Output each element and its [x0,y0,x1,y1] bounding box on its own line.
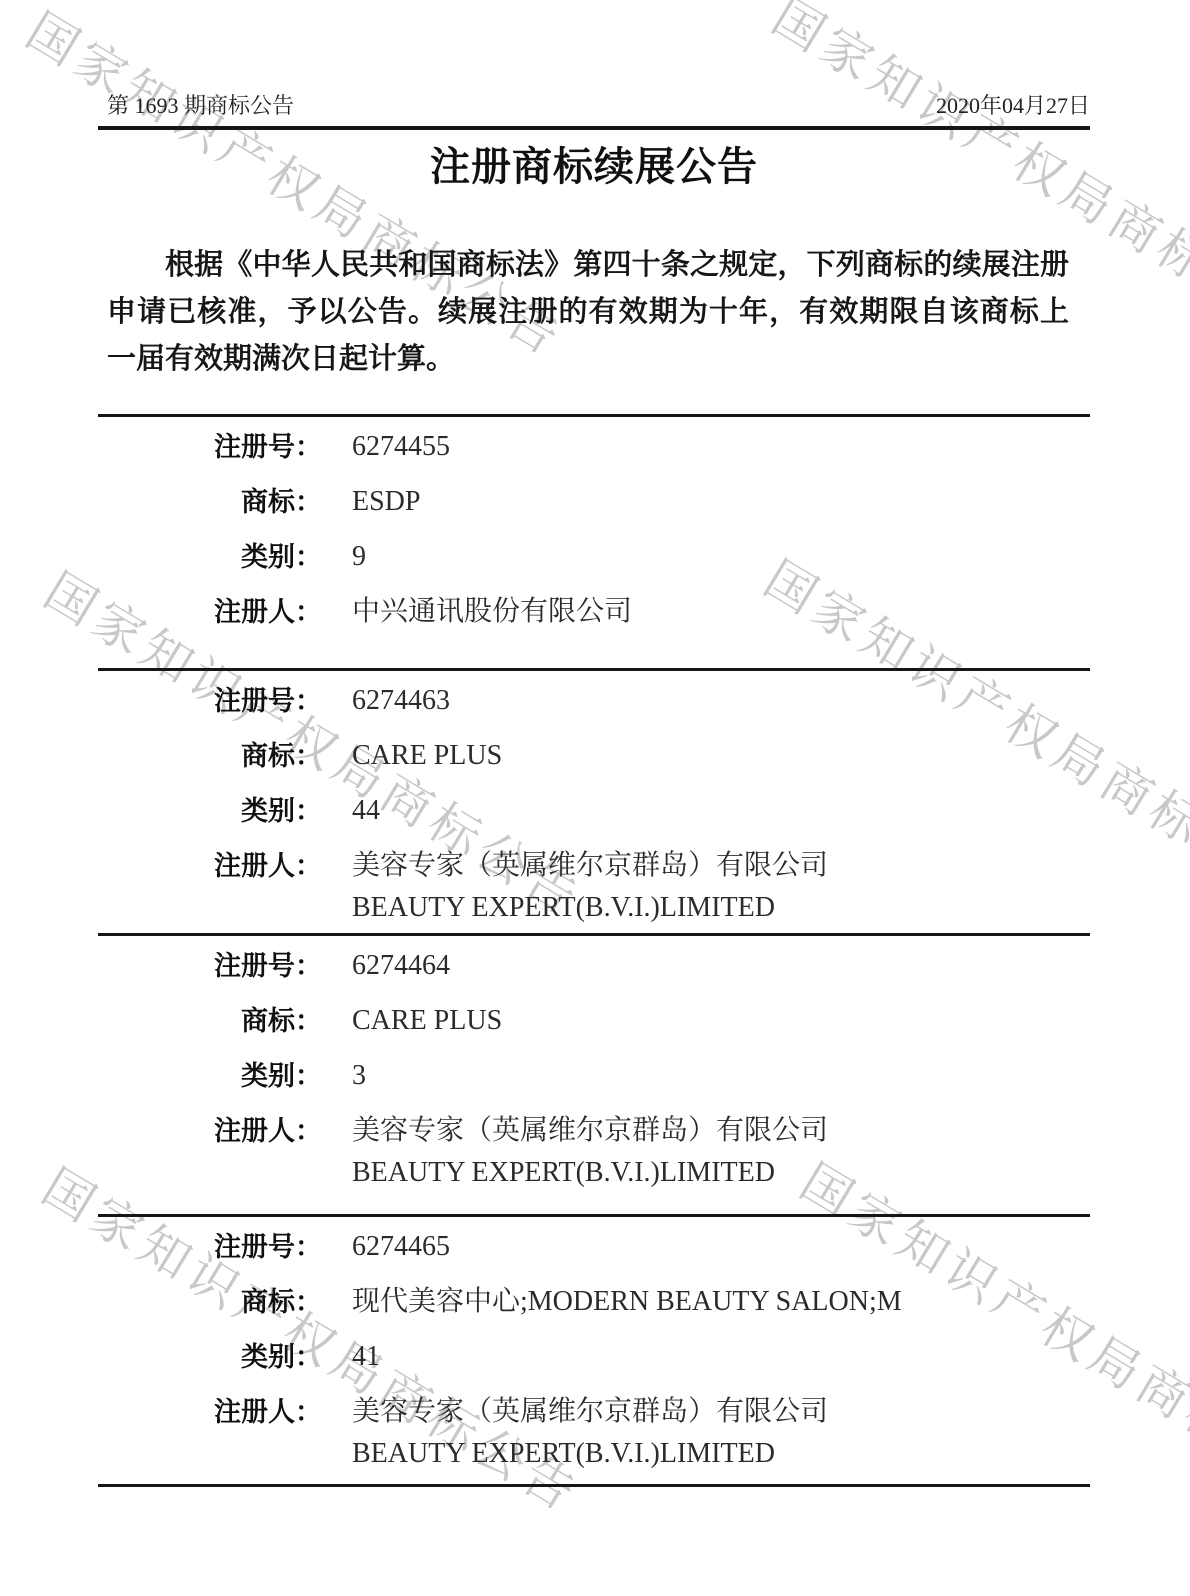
field-value-trademark: CARE PLUS [352,738,502,774]
field-value-trademark: 现代美容中心;MODERN BEAUTY SALON;M [352,1284,902,1320]
record: 注册号： 6274465 商标： 现代美容中心;MODERN BEAUTY SA… [98,1214,1090,1484]
record-row-trademark: 商标： CARE PLUS [98,738,1090,774]
field-value-registrant: 中兴通讯股份有限公司 [352,594,632,630]
field-value-registrant-en: BEAUTY EXPERT(B.V.I.)LIMITED [352,1155,828,1191]
field-label-class: 类别： [98,539,322,575]
field-value-registrant-cn: 美容专家（英属维尔京群岛）有限公司 [352,1113,828,1149]
record-row-class: 类别： 9 [98,539,1090,575]
field-label-regno: 注册号： [98,948,322,984]
page-title: 注册商标续展公告 [98,144,1090,190]
field-label-class: 类别： [98,1058,322,1094]
field-value-regno: 6274465 [352,1229,450,1265]
field-label-registrant: 注册人： [98,848,322,884]
field-value-registrant-cn: 美容专家（英属维尔京群岛）有限公司 [352,848,828,884]
field-value-registrant-en: BEAUTY EXPERT(B.V.I.)LIMITED [352,1436,828,1472]
header-divider [98,126,1090,130]
field-value-regno: 6274455 [352,429,450,465]
record-row-registrant: 注册人： 美容专家（英属维尔京群岛）有限公司 BEAUTY EXPERT(B.V… [98,848,1090,926]
field-label-trademark: 商标： [98,1003,322,1039]
record-row-registrant: 注册人： 中兴通讯股份有限公司 [98,594,1090,630]
record-row-regno: 注册号： 6274463 [98,683,1090,719]
page-header: 第 1693 期商标公告 2020年04月27日 [98,92,1090,120]
record: 注册号： 6274463 商标： CARE PLUS 类别： 44 注册人： 美… [98,668,1090,933]
field-label-registrant: 注册人： [98,1113,322,1149]
intro-line: 根据《中华人民共和国商标法》第四十条之规定，下列商标的续展注册 [107,242,1069,289]
field-label-class: 类别： [98,793,322,829]
intro-line: 申请已核准，予以公告。续展注册的有效期为十年，有效期限自该商标上 [107,289,1069,336]
record-row-trademark: 商标： CARE PLUS [98,1003,1090,1039]
field-label-registrant: 注册人： [98,594,322,630]
field-value-registrant-en: BEAUTY EXPERT(B.V.I.)LIMITED [352,890,828,926]
record: 注册号： 6274464 商标： CARE PLUS 类别： 3 注册人： 美容… [98,933,1090,1214]
gazette-issue-label: 第 1693 期商标公告 [98,92,294,120]
field-value-trademark: CARE PLUS [352,1003,502,1039]
field-value-regno: 6274463 [352,683,450,719]
field-label-regno: 注册号： [98,1229,322,1265]
record-row-registrant: 注册人： 美容专家（英属维尔京群岛）有限公司 BEAUTY EXPERT(B.V… [98,1113,1090,1191]
intro-line: 一届有效期满次日起计算。 [107,336,1069,383]
record-row-trademark: 商标： ESDP [98,484,1090,520]
record-row-trademark: 商标： 现代美容中心;MODERN BEAUTY SALON;M [98,1284,1090,1320]
field-label-regno: 注册号： [98,429,322,465]
record-row-class: 类别： 41 [98,1339,1090,1375]
records-list: 注册号： 6274455 商标： ESDP 类别： 9 注册人： 中兴通讯股份有… [98,414,1090,1487]
field-label-regno: 注册号： [98,683,322,719]
field-label-class: 类别： [98,1339,322,1375]
intro-paragraph: 根据《中华人民共和国商标法》第四十条之规定，下列商标的续展注册 申请已核准，予以… [107,242,1069,383]
record-row-regno: 注册号： 6274465 [98,1229,1090,1265]
document-page: 第 1693 期商标公告 2020年04月27日 注册商标续展公告 根据《中华人… [98,0,1090,1487]
field-label-trademark: 商标： [98,1284,322,1320]
field-label-trademark: 商标： [98,738,322,774]
field-value-registrant-cn: 美容专家（英属维尔京群岛）有限公司 [352,1394,828,1430]
field-value-class: 44 [352,793,380,829]
record-row-registrant: 注册人： 美容专家（英属维尔京群岛）有限公司 BEAUTY EXPERT(B.V… [98,1394,1090,1472]
record-row-regno: 注册号： 6274464 [98,948,1090,984]
gazette-date: 2020年04月27日 [936,92,1090,120]
record-row-regno: 注册号： 6274455 [98,429,1090,465]
field-value-class: 3 [352,1058,366,1094]
field-label-registrant: 注册人： [98,1394,322,1430]
field-value-class: 41 [352,1339,380,1375]
field-value-regno: 6274464 [352,948,450,984]
record: 注册号： 6274455 商标： ESDP 类别： 9 注册人： 中兴通讯股份有… [98,414,1090,668]
field-value-trademark: ESDP [352,484,420,520]
record-row-class: 类别： 44 [98,793,1090,829]
field-value-class: 9 [352,539,366,575]
field-label-trademark: 商标： [98,484,322,520]
record-row-class: 类别： 3 [98,1058,1090,1094]
